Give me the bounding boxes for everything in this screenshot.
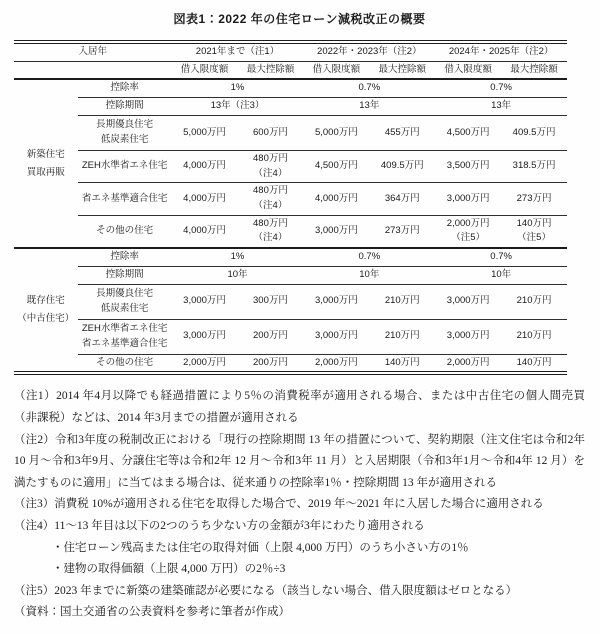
cell-g1r3-v1: 5,000万円 [172, 115, 238, 150]
group-label-existing-housing: 既存住宅 （中古住宅） [14, 248, 78, 373]
row-label-zeh: ZEH水準省エネ住宅 [78, 150, 172, 182]
cell-g1r3-v4: 455万円 [369, 115, 435, 150]
cell-g2r4-v4: 210万円 [369, 319, 435, 354]
cell-g1r6-v5: 2,000万円 （注5） [435, 215, 501, 248]
table-row-g2-other-housing: その他の住宅 2,000万円 200万円 2,000万円 140万円 2,000… [14, 354, 567, 373]
table-row-g2-deduction-period: 控除期間 10年 10年 10年 [14, 266, 567, 284]
cell-g1r3-v5: 4,500万円 [435, 115, 501, 150]
subheader-loan-limit-3: 借入限度額 [435, 61, 501, 79]
table-row-g1-deduction-rate: 新築住宅 買取再販 控除率 1% 0.7% 0.7% [14, 79, 567, 97]
table-row-g2-long-term-quality: 長期優良住宅 低炭素住宅 3,000万円 300万円 3,000万円 210万円… [14, 284, 567, 319]
cell-g1-period-2021: 13年（注3） [172, 98, 304, 116]
note-3: （注3）消費税 10%が適用される住宅を取得した場合で、2019 年～2021 … [14, 494, 585, 516]
cell-g2r3-v3: 3,000万円 [303, 284, 369, 319]
cell-g1-period-2022: 13年 [303, 98, 435, 116]
cell-g1r5-v6: 273万円 [501, 183, 567, 215]
table-row-g1-other-housing: その他の住宅 4,000万円 480万円 （注4） 3,000万円 273万円 … [14, 215, 567, 248]
note-4-bullet-2: ・建物の取得価額（上限 4,000 万円）の2％÷3 [14, 559, 585, 581]
cell-g1-period-2024: 13年 [435, 98, 567, 116]
cell-g2-period-2024: 10年 [435, 266, 567, 284]
row-label-other-housing: その他の住宅 [78, 215, 172, 248]
subheader-max-deduction-2: 最大控除額 [369, 61, 435, 79]
cell-g1r6-v2: 480万円 （注4） [238, 215, 304, 248]
row-label-energy-standard: 省エネ基準適合住宅 [78, 183, 172, 215]
table-row-g1-zeh: ZEH水準省エネ住宅 4,000万円 480万円 （注4） 4,500万円 40… [14, 150, 567, 182]
cell-g2r3-v5: 3,000万円 [435, 284, 501, 319]
header-period-2022-2023: 2022年・2023年（注2） [303, 42, 435, 61]
cell-g2r4-v1: 3,000万円 [172, 319, 238, 354]
cell-g1r3-v6: 409.5万円 [501, 115, 567, 150]
tax-reform-table: 入居年 2021年まで（注1） 2022年・2023年（注2） 2024年・20… [14, 40, 567, 375]
cell-g2-period-2022: 10年 [303, 266, 435, 284]
cell-g2r5-v4: 140万円 [369, 354, 435, 373]
table-row-g1-energy-standard: 省エネ基準適合住宅 4,000万円 480万円 （注4） 4,000万円 364… [14, 183, 567, 215]
subheader-loan-limit-2: 借入限度額 [303, 61, 369, 79]
cell-g1r6-v6: 140万円 （注5） [501, 215, 567, 248]
footnotes: （注1）2014 年4月以降でも経過措置により5％の消費税率が適用される場合、ま… [14, 386, 585, 624]
row-label-long-term-quality-2: 長期優良住宅 低炭素住宅 [78, 284, 172, 319]
cell-g2r5-v2: 200万円 [238, 354, 304, 373]
group-label-new-housing: 新築住宅 買取再販 [14, 79, 78, 248]
cell-g2r5-v1: 2,000万円 [172, 354, 238, 373]
cell-g1-rate-2024: 0.7% [435, 79, 567, 97]
cell-g1r4-v6: 318.5万円 [501, 150, 567, 182]
cell-g2r4-v5: 3,000万円 [435, 319, 501, 354]
cell-g1r5-v2: 480万円 （注4） [238, 183, 304, 215]
cell-g2-rate-2021: 1% [172, 248, 304, 266]
row-label-deduction-period-2: 控除期間 [78, 266, 172, 284]
document-page: 図表1：2022 年の住宅ローン減税改正の概要 入居年 2021年まで（注1） … [0, 0, 600, 634]
note-4-bullet-1: ・住宅ローン残高または住宅の取得対価（上限 4,000 万円）のうち小さい方の1… [14, 538, 585, 560]
cell-g2r3-v1: 3,000万円 [172, 284, 238, 319]
cell-g2-period-2021: 10年 [172, 266, 304, 284]
subheader-loan-limit-1: 借入限度額 [172, 61, 238, 79]
cell-g1r5-v1: 4,000万円 [172, 183, 238, 215]
table-row-g1-deduction-period: 控除期間 13年（注3） 13年 13年 [14, 98, 567, 116]
cell-g1-rate-2021: 1% [172, 79, 304, 97]
cell-g2r4-v6: 210万円 [501, 319, 567, 354]
row-label-deduction-rate-2: 控除率 [78, 248, 172, 266]
note-1: （注1）2014 年4月以降でも経過措置により5％の消費税率が適用される場合、ま… [14, 386, 585, 429]
header-period-2024-2025: 2024年・2025年（注2） [435, 42, 567, 61]
cell-g2-rate-2022: 0.7% [303, 248, 435, 266]
note-2: （注2）令和3年度の税制改正における「現行の控除期間 13 年の措置について、契… [14, 430, 585, 495]
cell-g2r4-v3: 3,000万円 [303, 319, 369, 354]
cell-g1-rate-2022: 0.7% [303, 79, 435, 97]
cell-g1r4-v2: 480万円 （注4） [238, 150, 304, 182]
cell-g2r5-v3: 2,000万円 [303, 354, 369, 373]
row-label-deduction-period: 控除期間 [78, 98, 172, 116]
cell-g2r3-v4: 210万円 [369, 284, 435, 319]
subheader-max-deduction-1: 最大控除額 [238, 61, 304, 79]
cell-g2r3-v2: 300万円 [238, 284, 304, 319]
note-4: （注4）11～13 年目は以下の2つのうち少ない方の金額が3年にわたり適用される [14, 516, 585, 538]
row-label-zeh-energy-2: ZEH水準省エネ住宅 省エネ基準適合住宅 [78, 319, 172, 354]
cell-g1r3-v2: 600万円 [238, 115, 304, 150]
table-row-g2-deduction-rate: 既存住宅 （中古住宅） 控除率 1% 0.7% 0.7% [14, 248, 567, 266]
row-label-other-housing-2: その他の住宅 [78, 354, 172, 373]
header-row-periods: 入居年 2021年まで（注1） 2022年・2023年（注2） 2024年・20… [14, 42, 567, 61]
cell-g2r5-v6: 140万円 [501, 354, 567, 373]
cell-g1r6-v4: 273万円 [369, 215, 435, 248]
cell-g1r3-v3: 5,000万円 [303, 115, 369, 150]
cell-g1r5-v4: 364万円 [369, 183, 435, 215]
cell-g1r4-v3: 4,500万円 [303, 150, 369, 182]
cell-g2r5-v5: 2,000万円 [435, 354, 501, 373]
cell-g1r6-v3: 3,000万円 [303, 215, 369, 248]
header-move-in-year: 入居年 [14, 42, 172, 61]
header-row-subcolumns: 借入限度額 最大控除額 借入限度額 最大控除額 借入限度額 最大控除額 [14, 61, 567, 79]
cell-g1r5-v5: 3,000万円 [435, 183, 501, 215]
cell-g1r4-v4: 409.5万円 [369, 150, 435, 182]
figure-title: 図表1：2022 年の住宅ローン減税改正の概要 [14, 10, 585, 27]
cell-g2-rate-2024: 0.7% [435, 248, 567, 266]
source-credit: （資料：国土交通省の公表資料を参考に筆者が作成） [14, 602, 585, 624]
cell-g1r6-v1: 4,000万円 [172, 215, 238, 248]
header-empty-corner [14, 61, 172, 79]
subheader-max-deduction-3: 最大控除額 [501, 61, 567, 79]
cell-g2r4-v2: 200万円 [238, 319, 304, 354]
table-row-g2-zeh-energy: ZEH水準省エネ住宅 省エネ基準適合住宅 3,000万円 200万円 3,000… [14, 319, 567, 354]
cell-g1r5-v3: 4,000万円 [303, 183, 369, 215]
cell-g2r3-v6: 210万円 [501, 284, 567, 319]
header-period-2021: 2021年まで（注1） [172, 42, 304, 61]
row-label-long-term-quality: 長期優良住宅 低炭素住宅 [78, 115, 172, 150]
table-row-g1-long-term-quality: 長期優良住宅 低炭素住宅 5,000万円 600万円 5,000万円 455万円… [14, 115, 567, 150]
row-label-deduction-rate: 控除率 [78, 79, 172, 97]
cell-g1r4-v5: 3,500万円 [435, 150, 501, 182]
cell-g1r4-v1: 4,000万円 [172, 150, 238, 182]
note-5: （注5）2023 年までに新築の建築確認が必要になる（該当しない場合、借入限度額… [14, 581, 585, 603]
